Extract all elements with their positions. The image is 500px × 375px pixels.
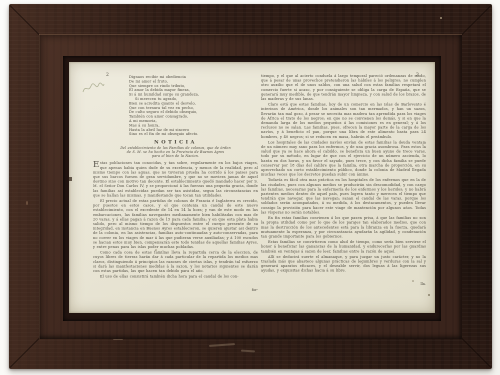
wood-speck [26, 201, 28, 205]
paragraph-text: stas poblaciones tan conocidas, y tan so… [93, 161, 258, 197]
body-paragraph: Los hospitales de las ciudades navíos en… [261, 140, 426, 177]
body-paragraph: El precio actual de estas partidas de co… [93, 199, 258, 250]
poem-block: Dignaos recibir mi obediencia De mi amor… [129, 75, 258, 137]
wooden-picture-frame: 2 3 Dignaos recibir mi obediencia De mi … [9, 4, 492, 369]
catchword-left: for- [93, 288, 258, 292]
poem-line: Sino es el fin de mi obsequio afecto. [129, 132, 258, 136]
left-text-column: Dignaos recibir mi obediencia De mi amor… [93, 75, 258, 292]
paper-speck [428, 294, 430, 296]
paper-edge-notch [69, 177, 72, 181]
body-paragraph: Allí se deducirá suerte el almanaque, y … [261, 255, 426, 273]
right-text-column: tiempo, y el que al acierto conduela á l… [261, 74, 426, 281]
body-paragraph: Todavía es fácil otra mas práctica en lo… [261, 178, 426, 215]
section-heading: NOTICIA [93, 140, 258, 145]
body-paragraph: tiempo, y el que al acierto conduela á l… [261, 74, 426, 102]
subtitle-line: para el bien de la Nacion. [93, 154, 258, 158]
printed-leaf: 2 3 Dignaos recibir mi obediencia De mi … [69, 62, 435, 313]
wood-scuff [209, 343, 235, 347]
catchword-right: lla. [261, 282, 426, 286]
body-paragraph: Claro está que estas familias, hoy de un… [261, 103, 426, 140]
page-spread: 2 3 Dignaos recibir mi obediencia De mi … [69, 62, 435, 313]
section-subtitle: Del establecimiento de las Familias de c… [93, 146, 258, 158]
photograph-of-framed-document: 2 3 Dignaos recibir mi obediencia De mi … [0, 0, 500, 375]
wood-scuff [241, 350, 255, 353]
wood-speck [440, 17, 442, 19]
body-paragraph: Estas familias se convirtieron como alud… [261, 240, 426, 254]
body-paragraph: Como cada cosa de estas familias lleva l… [93, 251, 258, 274]
body-paragraph: En fin estas familias convienen á los qu… [261, 216, 426, 239]
drop-cap: E [93, 161, 100, 169]
body-paragraph: Estas poblaciones tan conocidas, y tan s… [93, 161, 258, 198]
body-paragraph: El uso de ellas consistirá también dicha… [93, 275, 258, 280]
paper-speck [412, 280, 414, 282]
paper-speck [155, 249, 157, 251]
